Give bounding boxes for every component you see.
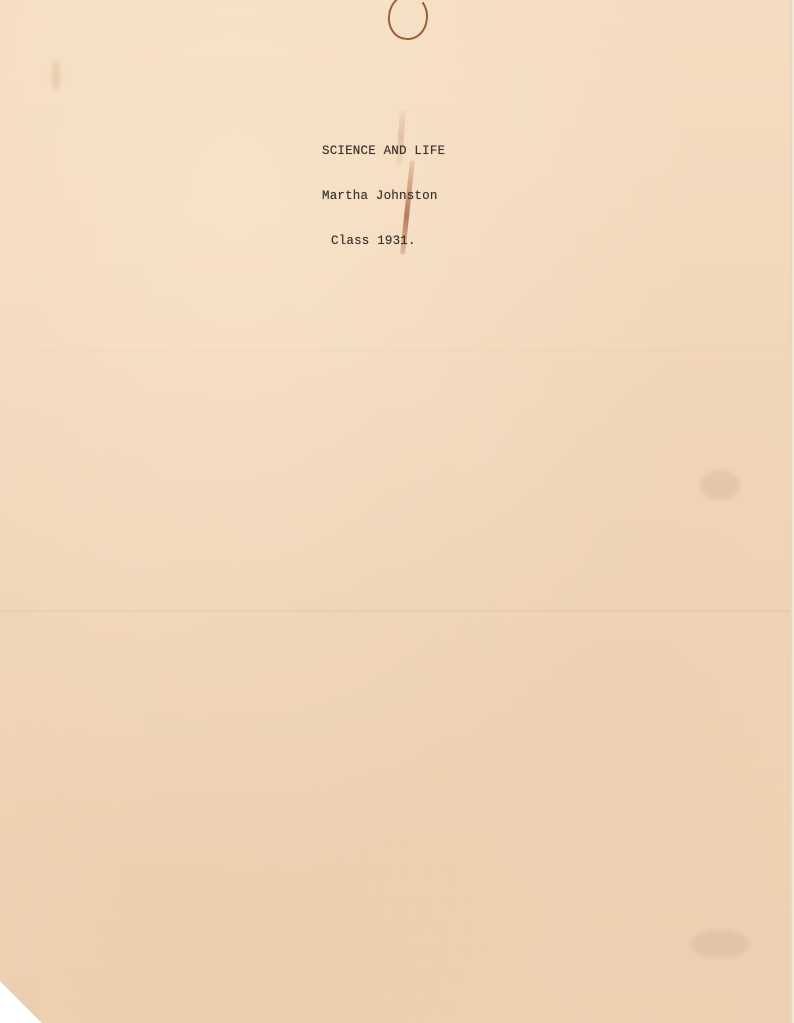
rust-ring-stain [386, 0, 431, 42]
typed-header: SCIENCE AND LIFE Martha Johnston Class 1… [322, 114, 445, 279]
class-year: Class 1931. [322, 234, 445, 249]
author-name: Martha Johnston [322, 189, 445, 204]
document-title: SCIENCE AND LIFE [322, 144, 445, 159]
smudge-mark [52, 60, 60, 90]
paper-fold-crease [0, 350, 790, 351]
smudge-mark [700, 470, 740, 500]
scan-edge [790, 0, 794, 1023]
smudge-mark [690, 930, 750, 958]
scanned-page: SCIENCE AND LIFE Martha Johnston Class 1… [0, 0, 790, 1023]
folded-corner-flap [2, 983, 40, 1021]
paper-fold-crease [0, 610, 790, 612]
